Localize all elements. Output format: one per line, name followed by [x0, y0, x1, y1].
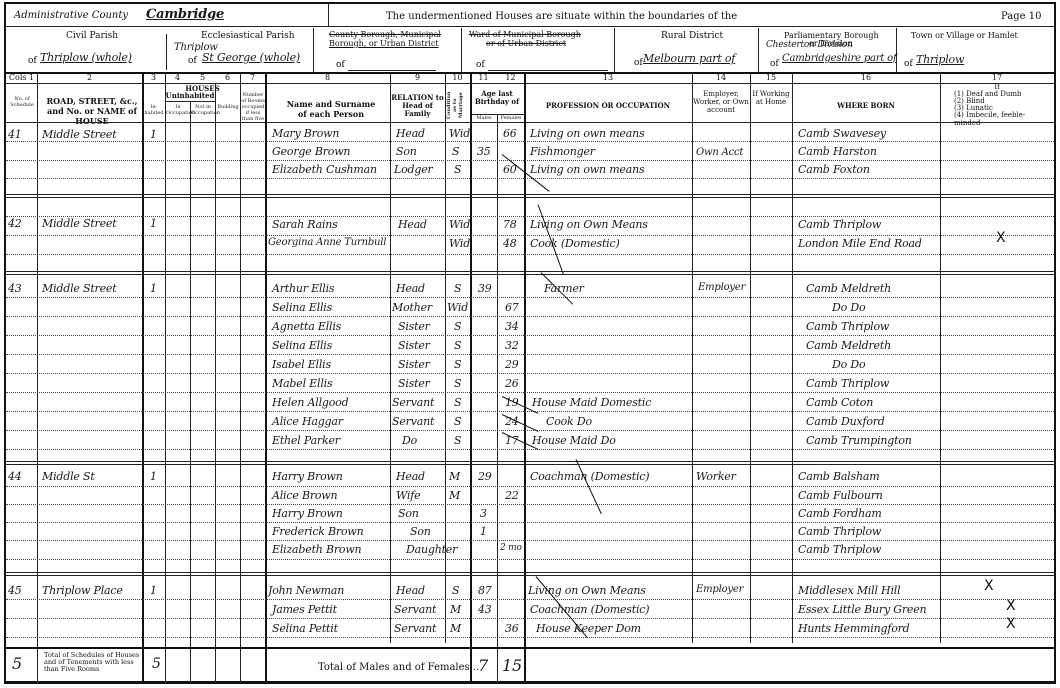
condition: S — [454, 415, 461, 428]
schedule-no: 42 — [8, 217, 22, 230]
ward-label-1: Ward of Municipal Borough — [469, 30, 581, 39]
divider — [461, 28, 462, 72]
person-name: Isabel Ellis — [272, 358, 331, 371]
female-age: 22 — [505, 489, 519, 502]
header-rooms: Number of Rooms occupied if less than fi… — [241, 92, 265, 122]
relation: Sister — [398, 339, 430, 352]
rural-district-value: Melbourn part of — [643, 52, 735, 65]
female-age: 67 — [505, 301, 519, 314]
infirmity-mark: X — [984, 578, 994, 594]
condition: M — [450, 622, 461, 635]
parl-borough-value-2: Cambridgeshire part of — [782, 53, 897, 64]
eccl-parish-value-2: St George (whole) — [202, 51, 300, 64]
birthplace: Do Do — [832, 301, 865, 314]
header-name: Name and Surname of each Person — [281, 99, 381, 119]
birthplace: Camb Meldreth — [806, 339, 891, 352]
total-schedules: 5 — [12, 654, 22, 673]
header-condition: Condition as to Marriage — [446, 90, 470, 120]
person-name: Elizabeth Brown — [272, 543, 361, 556]
schedule-no: 44 — [8, 470, 22, 483]
col-number: 17 — [940, 73, 1054, 82]
col-number: 3 — [142, 73, 165, 82]
header-schedule-no: No. of Schedule — [7, 96, 37, 108]
col-number: 7 — [240, 73, 265, 82]
inhabited-count: 1 — [150, 584, 157, 597]
birthplace: Camb Thriplow — [798, 218, 881, 231]
relation: Servant — [394, 603, 436, 616]
female-age: 2 mo — [500, 543, 522, 553]
relation: Head — [396, 282, 425, 295]
occupation: Living on own means — [530, 127, 644, 140]
birthplace: Camb Coton — [806, 396, 873, 409]
condition: S — [454, 320, 461, 333]
female-age: 26 — [505, 377, 519, 390]
person-name: Selina Ellis — [272, 339, 332, 352]
header-males: Males — [471, 115, 497, 121]
person-name: Mabel Ellis — [272, 377, 332, 390]
county-label: Administrative County — [14, 10, 128, 21]
person-name: Frederick Brown — [272, 525, 364, 538]
female-age: 29 — [505, 358, 519, 371]
relation: Servant — [392, 415, 434, 428]
total-schedules-label: Total of Schedules of Houses and of Tene… — [44, 652, 140, 673]
occupation: House Maid Domestic — [532, 396, 651, 409]
divider — [313, 28, 314, 72]
relation: Sister — [398, 358, 430, 371]
header-not-in-occupation: Not in Occupation — [191, 104, 215, 116]
header-females: Females — [498, 115, 524, 121]
condition: Wid — [447, 301, 468, 314]
col-number: 4 — [165, 73, 190, 82]
header-age: Age last Birthday of — [470, 90, 524, 106]
male-age: 35 — [477, 145, 491, 158]
birthplace: Camb Duxford — [806, 415, 885, 428]
address: Middle St — [42, 470, 95, 483]
occupation: Cook (Domestic) — [530, 237, 620, 250]
town-value: Thriplow — [916, 53, 964, 66]
male-age: 43 — [478, 603, 492, 616]
of-label: of — [188, 56, 197, 66]
eccl-parish-label: Ecclesiastical Parish — [201, 31, 295, 41]
relation: Head — [396, 127, 425, 140]
relation: Sister — [398, 320, 430, 333]
inhabited-count: 1 — [150, 470, 157, 483]
town-label: Town or Village or Hamlet — [911, 31, 1018, 40]
rural-district-label: Rural District — [661, 31, 723, 41]
relation: Son — [398, 507, 419, 520]
county-borough-label-2: Borough, or Urban District — [329, 39, 439, 48]
of-label: of — [28, 56, 37, 66]
address: Thriplow Place — [42, 584, 123, 597]
divider — [896, 28, 897, 72]
occupation: Fishmonger — [530, 145, 595, 158]
person-name: Selina Pettit — [272, 622, 338, 635]
person-name: George Brown — [272, 145, 350, 158]
birthplace: Camb Thriplow — [806, 320, 889, 333]
address: Middle Street — [42, 282, 116, 295]
birthplace: Camb Thriplow — [798, 543, 881, 556]
person-name: Ethel Parker — [272, 434, 340, 447]
col-number: 14 — [692, 73, 750, 82]
header-inhabited: In-habited — [143, 104, 165, 116]
occupation: House Keeper Dom — [536, 622, 641, 635]
header-working-home: If Working at Home — [750, 90, 792, 106]
col-number: 13 — [524, 73, 692, 82]
employment: Employer — [698, 282, 745, 293]
person-name: Sarah Rains — [272, 218, 338, 231]
male-age: 1 — [480, 525, 487, 538]
col-number: 10 — [445, 73, 470, 82]
birthplace: Camb Foxton — [798, 163, 870, 176]
female-age: 36 — [505, 622, 519, 635]
occupation: Living on Own Means — [528, 584, 646, 597]
male-age: 87 — [478, 584, 492, 597]
of-label: of — [476, 60, 485, 70]
col-number: 12 — [497, 73, 524, 82]
employment: Employer — [696, 584, 743, 595]
divider — [758, 28, 759, 72]
employment: Worker — [696, 470, 736, 483]
condition: S — [454, 358, 461, 371]
infirmity-mark: X — [996, 230, 1006, 246]
person-name: Georgina Anne Turnbull — [268, 237, 386, 248]
census-page: Administrative County Cambridge The unde… — [4, 2, 1056, 684]
relation: Sister — [398, 377, 430, 390]
person-name: Selina Ellis — [272, 301, 332, 314]
relation: Wife — [396, 489, 420, 502]
occupation: Coachman (Domestic) — [530, 470, 649, 483]
person-name: Arthur Ellis — [272, 282, 334, 295]
birthplace: Essex Little Bury Green — [798, 603, 926, 616]
header-employment: Employer, Worker, or Own account — [692, 90, 750, 114]
infirmity-mark: X — [1006, 598, 1016, 614]
relation: Head — [398, 218, 427, 231]
blank-line — [348, 70, 436, 71]
birthplace: Camb Balsham — [798, 470, 879, 483]
intro-text: The undermentioned Houses are situate wi… — [386, 11, 737, 22]
col-number: 5 — [190, 73, 215, 82]
condition: S — [454, 396, 461, 409]
person-name: Alice Brown — [272, 489, 337, 502]
divider — [328, 4, 329, 26]
header-building: Building — [216, 104, 240, 110]
infirmity-mark: X — [1006, 616, 1016, 632]
condition: S — [454, 282, 461, 295]
female-age: 48 — [503, 237, 517, 250]
header-relation: RELATION to Head of Family — [390, 94, 445, 118]
inhabited-count: 1 — [150, 217, 157, 230]
county-value: Cambridge — [146, 7, 224, 22]
occupation: Living on own means — [530, 163, 644, 176]
col-number: Cols 1 — [6, 73, 37, 82]
col-number: 15 — [750, 73, 792, 82]
header-uninhabited: Uninhabited — [165, 92, 215, 100]
condition: S — [452, 584, 459, 597]
employment: Own Acct — [696, 147, 743, 158]
condition: S — [454, 339, 461, 352]
female-age: 66 — [503, 127, 517, 140]
divider — [614, 28, 615, 72]
occupation: Cook Do — [546, 415, 592, 428]
person-name: Elizabeth Cushman — [272, 163, 377, 176]
person-name: Agnetta Ellis — [272, 320, 341, 333]
relation: Servant — [392, 396, 434, 409]
col-number: 6 — [215, 73, 240, 82]
total-males: 7 — [478, 656, 488, 675]
birthplace: Camb Thriplow — [798, 525, 881, 538]
condition: M — [450, 603, 461, 616]
relation: Daughter — [406, 543, 457, 556]
schedule-no: 41 — [8, 128, 22, 141]
occupation: Coachman (Domestic) — [530, 603, 649, 616]
parl-borough-value-1: Chesterton Division — [766, 40, 853, 50]
of-label: of — [634, 58, 643, 68]
of-label: of — [336, 60, 345, 70]
birthplace: Camb Meldreth — [806, 282, 891, 295]
birthplace: Camb Fordham — [798, 507, 882, 520]
total-persons-label: Total of Males and of Females... — [318, 662, 479, 673]
condition: S — [454, 377, 461, 390]
condition: Wid — [449, 218, 470, 231]
of-label: of — [770, 59, 779, 69]
male-age: 3 — [480, 507, 487, 520]
relation: Servant — [394, 622, 436, 635]
birthplace: Middlesex Mill Hill — [798, 584, 900, 597]
condition: M — [449, 470, 460, 483]
inhabited-count: 1 — [150, 282, 157, 295]
schedule-no: 43 — [8, 282, 22, 295]
relation: Son — [410, 525, 431, 538]
birthplace: Do Do — [832, 358, 865, 371]
divider — [6, 122, 1054, 123]
birthplace: Camb Thriplow — [806, 377, 889, 390]
of-label: of — [904, 59, 913, 69]
condition: Wid — [449, 127, 470, 140]
relation: Head — [396, 584, 425, 597]
relation: Do — [402, 434, 417, 447]
header-where-born: WHERE BORN — [792, 101, 940, 110]
col-number: 8 — [265, 73, 390, 82]
person-name: Harry Brown — [272, 470, 343, 483]
person-name: Mary Brown — [272, 127, 339, 140]
address: Middle Street — [42, 128, 116, 141]
page-number: Page 10 — [1001, 11, 1041, 22]
total-houses: 5 — [152, 656, 161, 672]
person-name: James Pettit — [272, 603, 337, 616]
col-number: 16 — [792, 73, 940, 82]
ward-label-2: or of Urban District — [486, 39, 566, 48]
condition: Wid — [449, 237, 470, 250]
person-name: Helen Allgood — [272, 396, 348, 409]
person-name: John Newman — [268, 584, 344, 597]
female-age: 32 — [505, 339, 519, 352]
female-age: 78 — [503, 218, 517, 231]
relation: Son — [396, 145, 417, 158]
birthplace: Camb Trumpington — [806, 434, 912, 447]
occupation: House Maid Do — [532, 434, 616, 447]
birthplace: London Mile End Road — [798, 237, 922, 250]
total-females: 15 — [502, 656, 522, 675]
col-number: 2 — [37, 73, 142, 82]
relation: Lodger — [394, 163, 433, 176]
condition: M — [449, 489, 460, 502]
birthplace: Camb Fulbourn — [798, 489, 883, 502]
inhabited-count: 1 — [150, 128, 157, 141]
civil-parish-label: Civil Parish — [66, 31, 118, 41]
male-age: 29 — [478, 470, 492, 483]
condition: S — [454, 163, 461, 176]
address: Middle Street — [42, 217, 116, 230]
header-imbecile: (4) Imbecile, feeble-minded — [954, 111, 1044, 127]
relation: Head — [396, 470, 425, 483]
divider — [166, 34, 167, 70]
male-age: 39 — [478, 282, 492, 295]
condition: S — [454, 434, 461, 447]
col-number: 9 — [390, 73, 445, 82]
civil-parish-value: Thriplow (whole) — [40, 51, 132, 64]
schedule-no: 45 — [8, 584, 22, 597]
divider — [6, 83, 1054, 84]
birthplace: Camb Harston — [798, 145, 877, 158]
condition: S — [452, 145, 459, 158]
col-number: 11 — [470, 73, 497, 82]
person-name: Alice Haggar — [272, 415, 343, 428]
header-occupation: PROFESSION OR OCCUPATION — [524, 101, 692, 110]
person-name: Harry Brown — [272, 507, 343, 520]
header-in-occupation: In Occupation — [166, 104, 190, 116]
birthplace: Hunts Hemmingford — [798, 622, 910, 635]
occupation: Farmer — [544, 282, 584, 295]
birthplace: Camb Swavesey — [798, 127, 886, 140]
blank-line — [488, 70, 608, 71]
county-borough-label-1: County Borough, Municipal — [329, 30, 441, 39]
relation: Mother — [392, 301, 432, 314]
female-age: 34 — [505, 320, 519, 333]
divider — [6, 26, 1054, 27]
